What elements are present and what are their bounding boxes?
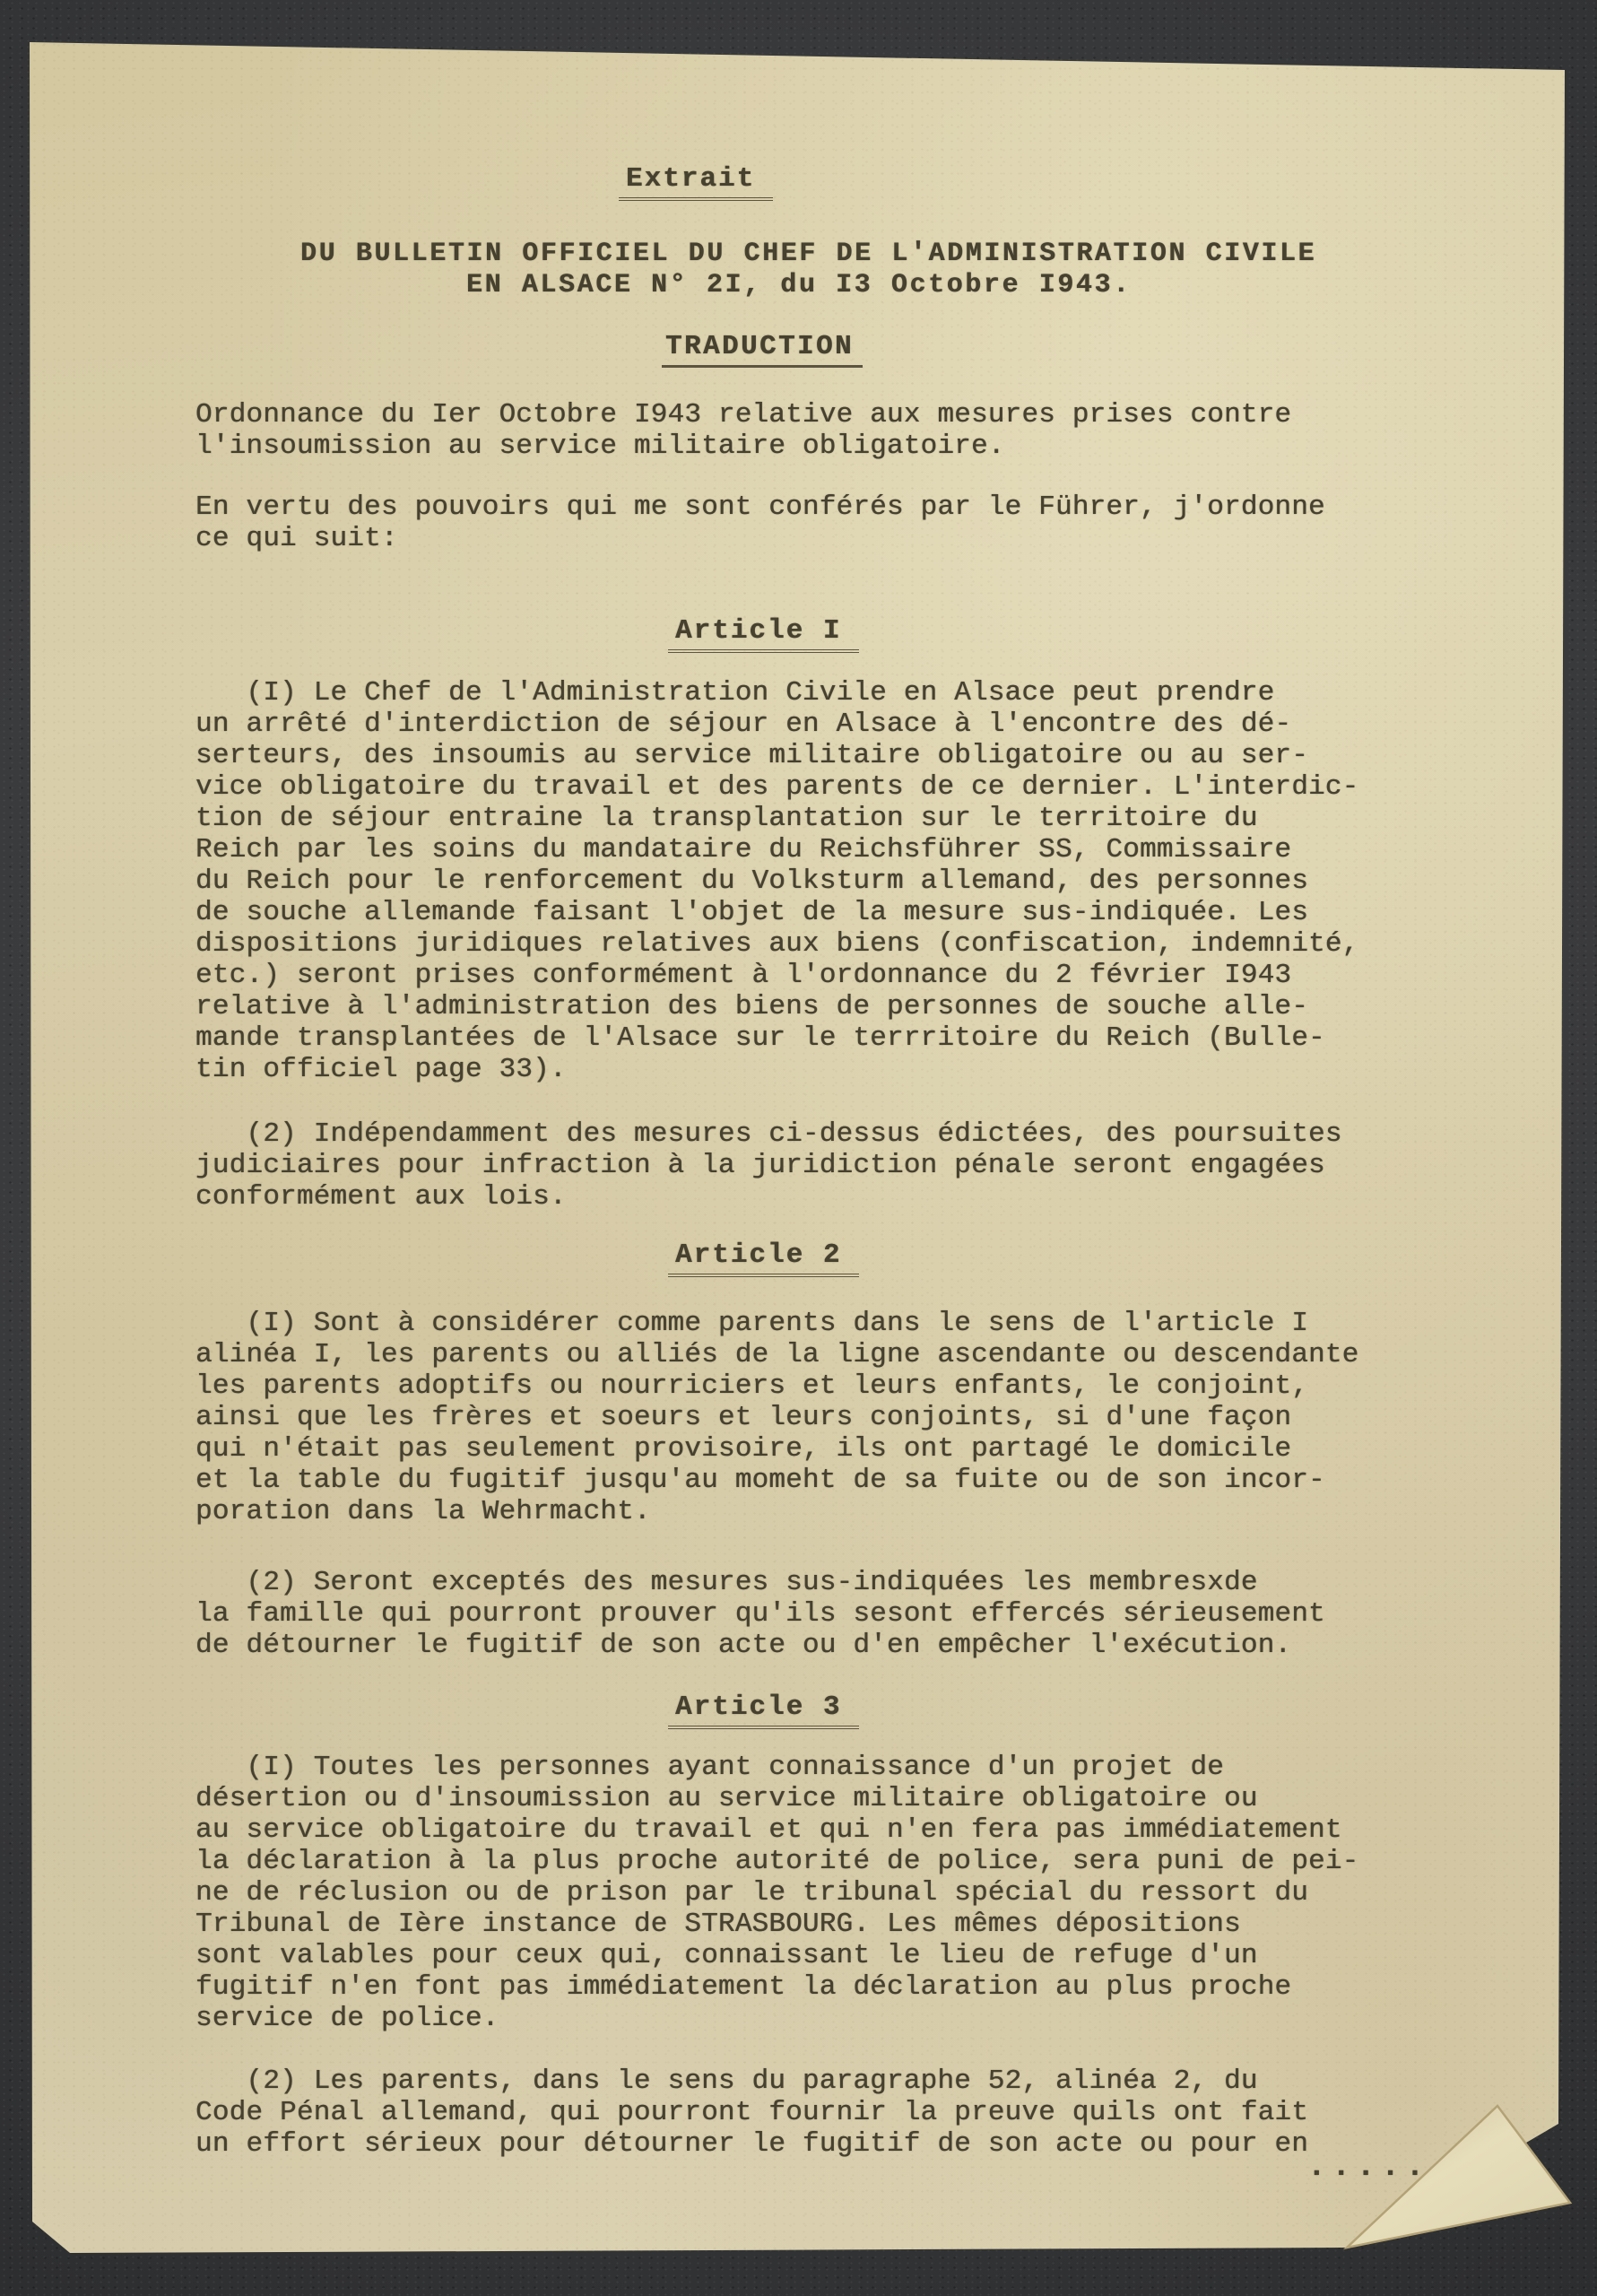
scan-background: Extrait DU BULLETIN OFFICIEL DU CHEF DE …: [0, 0, 1597, 2296]
article-2-paragraph-2: (2) Seront exceptés des mesures sus-indi…: [195, 1567, 1325, 1661]
article-1-paragraph-1: (I) Le Chef de l'Administration Civile e…: [195, 677, 1358, 1085]
article-1-heading: Article I: [668, 615, 859, 653]
intro-paragraph-1: Ordonnance du Ier Octobre I943 relative …: [195, 399, 1291, 462]
article-3-paragraph-1: (I) Toutes les personnes ayant connaissa…: [195, 1752, 1358, 2034]
subtitle-traduction: TRADUCTION: [662, 331, 863, 368]
article-2-heading: Article 2: [668, 1239, 859, 1277]
document-title: Extrait: [619, 163, 773, 201]
header-line-2: EN ALSACE N° 2I, du I3 Octobre I943.: [466, 270, 1132, 300]
header-line-1: DU BULLETIN OFFICIEL DU CHEF DE L'ADMINI…: [300, 239, 1316, 269]
article-2-paragraph-1: (I) Sont à considérer comme parents dans…: [195, 1308, 1358, 1527]
intro-paragraph-2: En vertu des pouvoirs qui me sont confér…: [195, 491, 1325, 554]
folded-corner-icon: [1316, 2088, 1585, 2258]
article-3-heading: Article 3: [668, 1692, 859, 1729]
article-1-paragraph-2: (2) Indépendamment des mesures ci-dessus…: [195, 1118, 1342, 1213]
article-3-paragraph-2: (2) Les parents, dans le sens du paragra…: [195, 2066, 1308, 2160]
